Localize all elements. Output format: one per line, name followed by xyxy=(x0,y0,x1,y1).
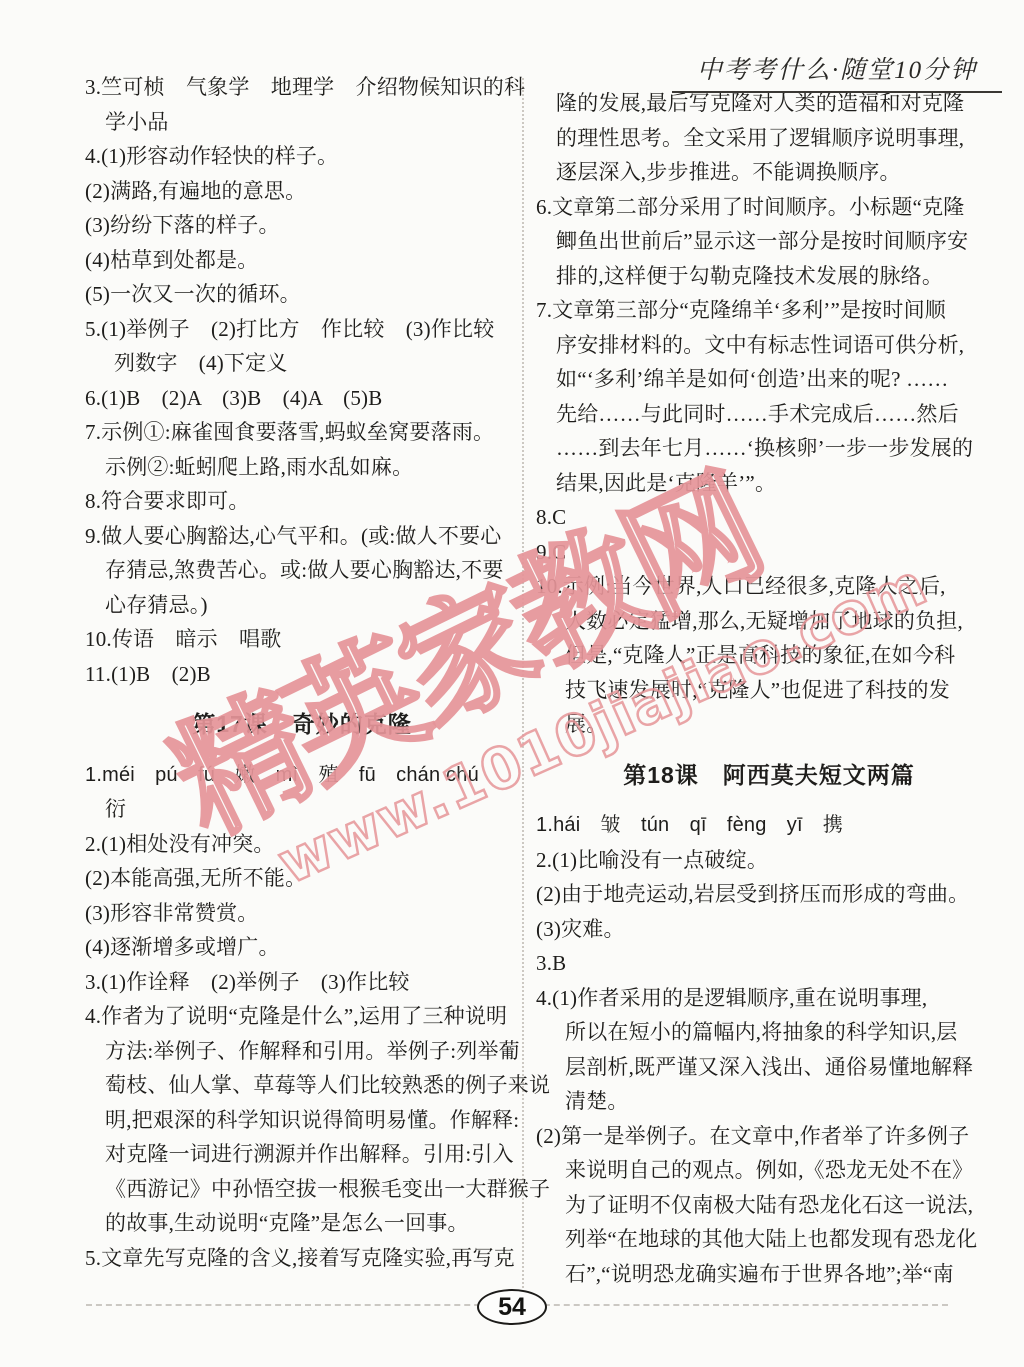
text-line: 结果,因此是‘克隆羊’”。 xyxy=(536,466,1002,501)
text-line: 逐层深入,步步推进。不能调换顺序。 xyxy=(536,155,1002,190)
text-line: 11.(1)B (2)B xyxy=(85,657,519,692)
text-line: 来说明自己的观点。例如,《恐龙无处不在》 xyxy=(536,1153,1002,1188)
text-line: 1.méi pú fú 嫩 mì 殖 fū chán chú xyxy=(85,758,519,793)
text-line: 4.作者为了说明“克隆是什么”,运用了三种说明 xyxy=(85,999,519,1034)
text-line: 清楚。 xyxy=(536,1084,1002,1119)
text-line: 学小品 xyxy=(85,105,519,140)
text-line: 3.竺可桢 气象学 地理学 介绍物候知识的科 xyxy=(85,70,519,105)
text-line: 列举“在地球的其他大陆上也都发现有恐龙化 xyxy=(536,1222,1002,1257)
text-line: (3)形容非常赞赏。 xyxy=(85,896,519,931)
text-line: 示例②:蚯蚓爬上路,雨水乱如麻。 xyxy=(85,450,519,485)
text-line: (4)逐渐增多或增广。 xyxy=(85,930,519,965)
text-line: 但是,“克隆人”正是高科技的象征,在如今科 xyxy=(536,638,1002,673)
text-line: 心存猜忌。) xyxy=(85,588,519,623)
text-line: 4.(1)形容动作轻快的样子。 xyxy=(85,139,519,174)
text-line: 3.(1)作诠释 (2)举例子 (3)作比较 xyxy=(85,965,519,1000)
text-line: 序安排材料的。文中有标志性词语可供分析, xyxy=(536,328,1002,363)
text-line: 人数必定猛增,那么,无疑增加了地球的负担, xyxy=(536,604,1002,639)
text-line: 排的,这样便于勾勒克隆技术发展的脉络。 xyxy=(536,259,1002,294)
text-line: (3)灾难。 xyxy=(536,912,1002,947)
text-line: 9.C xyxy=(536,535,1002,570)
text-line: 展。 xyxy=(536,707,1002,742)
text-line: 7.示例①:麻雀囤食要落雪,蚂蚁垒窝要落雨。 xyxy=(85,415,519,450)
text-line: 2.(1)相处没有冲突。 xyxy=(85,827,519,862)
text-line: 8.C xyxy=(536,500,1002,535)
text-line: 萄枝、仙人掌、草莓等人们比较熟悉的例子来说 xyxy=(85,1068,519,1103)
text-line: 如“‘多利’绵羊是如何‘创造’出来的呢? …… xyxy=(536,362,1002,397)
text-line: 9.做人要心胸豁达,心气平和。(或:做人不要心 xyxy=(85,519,519,554)
text-line: (5)一次又一次的循环。 xyxy=(85,277,519,312)
text-line: 石”,“说明恐龙确实遍布于世界各地”;举“南 xyxy=(536,1257,1002,1292)
text-line: 为了证明不仅南极大陆有恐龙化石这一说法, xyxy=(536,1188,1002,1223)
text-line: 方法:举例子、作解释和引用。举例子:列举葡 xyxy=(85,1034,519,1069)
text-line: 8.符合要求即可。 xyxy=(85,484,519,519)
text-line: (2)第一是举例子。在文章中,作者举了许多例子 xyxy=(536,1119,1002,1154)
text-line: (3)纷纷下落的样子。 xyxy=(85,208,519,243)
page-number-badge: 54 xyxy=(477,1289,547,1325)
right-column: 隆的发展,最后写克隆对人类的造福和对克隆的理性思考。全文采用了逻辑顺序说明事理,… xyxy=(536,86,1002,1291)
text-line: 10.示例:当今世界,人口已经很多,克隆人之后, xyxy=(536,569,1002,604)
text-line: 衍 xyxy=(85,792,519,827)
text-line: (2)本能高强,无所不能。 xyxy=(85,861,519,896)
text-line: 2.(1)比喻没有一点破绽。 xyxy=(536,843,1002,878)
text-line: 3.B xyxy=(536,946,1002,981)
text-line: 1.hái 皱 tún qī fèng yī 携 xyxy=(536,808,1002,843)
text-line: 的故事,生动说明“克隆”是怎么一回事。 xyxy=(85,1206,519,1241)
text-line: 所以在短小的篇幅内,将抽象的科学知识,层 xyxy=(536,1015,1002,1050)
text-line: (4)枯草到处都是。 xyxy=(85,243,519,278)
text-line: 对克隆一词进行溯源并作出解释。引用:引入 xyxy=(85,1137,519,1172)
text-line: 的理性思考。全文采用了逻辑顺序说明事理, xyxy=(536,121,1002,156)
text-line: 10.传语 暗示 唱歌 xyxy=(85,622,519,657)
text-line: 《西游记》中孙悟空拔一根猴毛变出一大群猴子 xyxy=(85,1172,519,1207)
text-line: ……到去年七月……‘换核卵’一步一步发展的 xyxy=(536,431,1002,466)
text-line: (2)由于地壳运动,岩层受到挤压而形成的弯曲。 xyxy=(536,877,1002,912)
text-line: 存猜忌,煞费苦心。或:做人要心胸豁达,不要 xyxy=(85,553,519,588)
scanned-answer-page: 中考考什么·随堂10分钟 3.竺可桢 气象学 地理学 介绍物候知识的科学小品4.… xyxy=(0,0,1024,1367)
text-line: 6.文章第二部分采用了时间顺序。小标题“克隆 xyxy=(536,190,1002,225)
text-line: 5.(1)举例子 (2)打比方 作比较 (3)作比较 xyxy=(85,312,519,347)
text-line: 层剖析,既严谨又深入浅出、通俗易懂地解释 xyxy=(536,1050,1002,1085)
text-line: 6.(1)B (2)A (3)B (4)A (5)B xyxy=(85,381,519,416)
text-line: 5.文章先写克隆的含义,接着写克隆实验,再写克 xyxy=(85,1241,519,1276)
text-line: (2)满路,有遍地的意思。 xyxy=(85,174,519,209)
text-line: 鲫鱼出世前后”显示这一部分是按时间顺序安 xyxy=(536,224,1002,259)
text-line: 列数字 (4)下定义 xyxy=(85,346,519,381)
text-line: 技飞速发展时,“克隆人”也促进了科技的发 xyxy=(536,673,1002,708)
section-heading: 第18课 阿西莫夫短文两篇 xyxy=(536,758,1002,793)
left-column: 3.竺可桢 气象学 地理学 介绍物候知识的科学小品4.(1)形容动作轻快的样子。… xyxy=(85,70,519,1275)
text-line: 7.文章第三部分“克隆绵羊‘多利’”是按时间顺 xyxy=(536,293,1002,328)
section-heading: 第17课 奇妙的克隆 xyxy=(85,707,519,742)
column-divider xyxy=(522,78,524,1288)
page-header-title: 中考考什么·随堂10分钟 xyxy=(672,50,1002,93)
text-line: 先给……与此同时……手术完成后……然后 xyxy=(536,397,1002,432)
text-line: 4.(1)作者采用的是逻辑顺序,重在说明事理, xyxy=(536,981,1002,1016)
text-line: 明,把艰深的科学知识说得简明易懂。作解释: xyxy=(85,1103,519,1138)
